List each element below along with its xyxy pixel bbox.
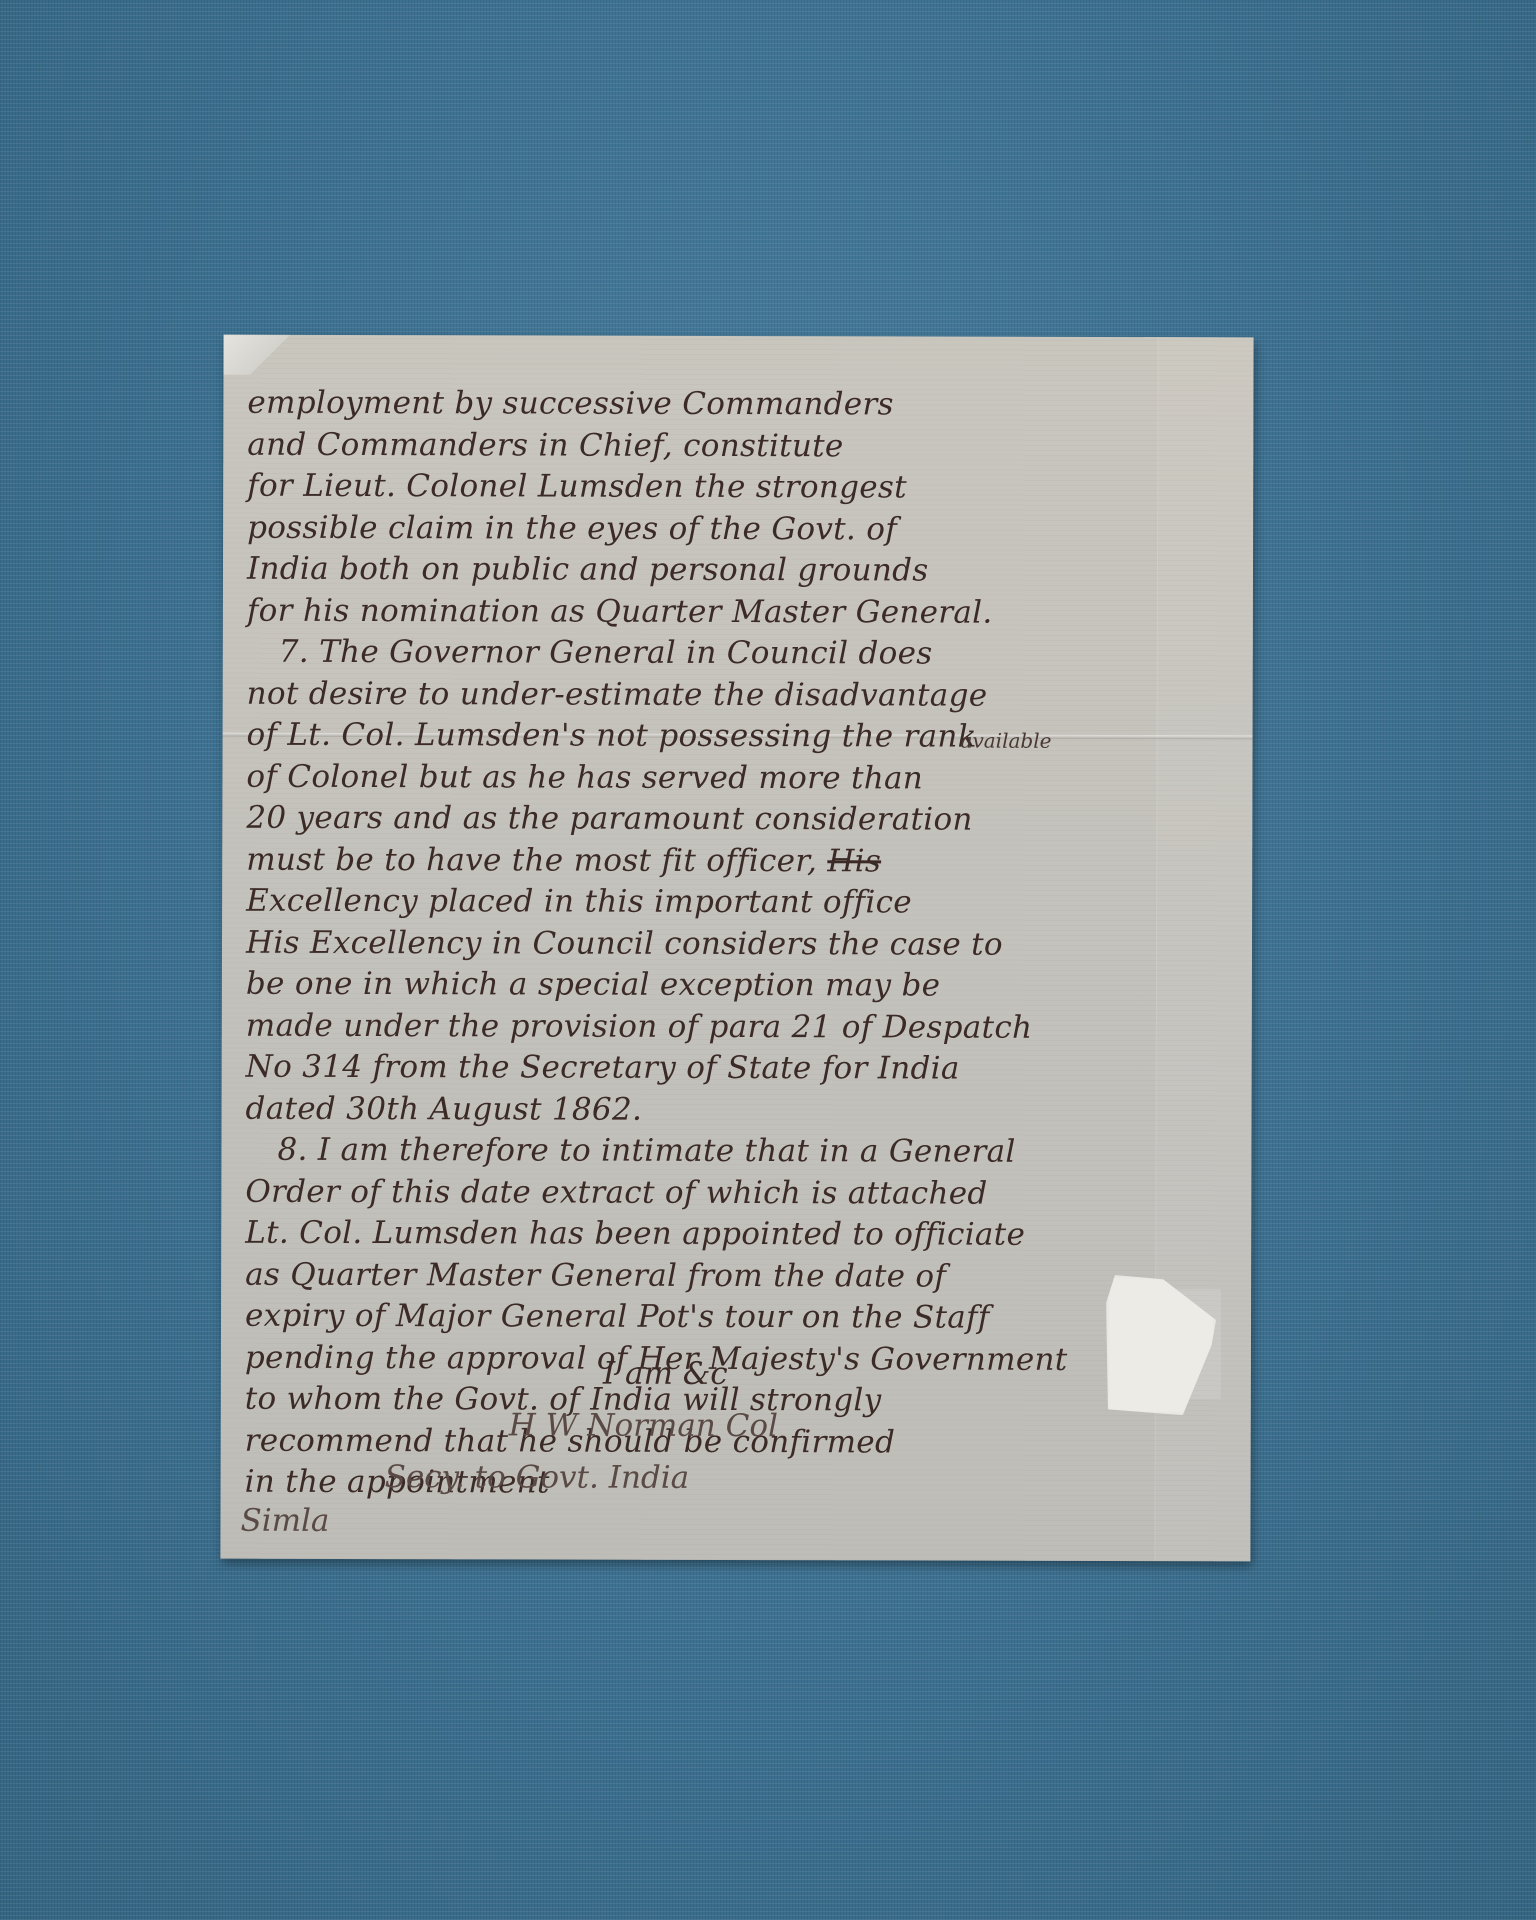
text-line: for his nomination as Quarter Master Gen… <box>247 590 1147 634</box>
inserted-word-available: available <box>961 729 1052 753</box>
text-line: possible claim in the eyes of the Govt. … <box>247 507 1147 551</box>
text-line: No 314 from the Secretary of State for I… <box>246 1047 1146 1091</box>
text-line: of Colonel but as he has served more tha… <box>246 756 1146 800</box>
text-line: employment by successive Commanders <box>247 383 1147 427</box>
place: Simla <box>240 1503 329 1539</box>
text-line: India both on public and personal ground… <box>247 549 1147 593</box>
text-line: dated 30th August 1862. <box>246 1088 1146 1132</box>
text-line: be one in which a special exception may … <box>246 964 1146 1008</box>
text-line: Excellency placed in this important offi… <box>246 881 1146 925</box>
text-line: made under the provision of para 21 of D… <box>246 1005 1146 1049</box>
date: May 12th 1868 <box>252 1557 490 1562</box>
letter-sheet: employment by successive Commanders and … <box>220 335 1253 1562</box>
text-line: expiry of Major General Pot's tour on th… <box>245 1296 1145 1340</box>
text-line: in the appointment <box>245 1462 1145 1506</box>
text-line: not desire to under-estimate the disadva… <box>247 673 1147 717</box>
text-line: Lt. Col. Lumsden has been appointed to o… <box>245 1213 1145 1257</box>
paragraph-8-start: 8. I am therefore to intimate that in a … <box>245 1130 1145 1174</box>
closing-salutation: I am &c <box>603 1356 728 1392</box>
letter-body: employment by successive Commanders and … <box>245 383 1148 1506</box>
folded-corner <box>223 335 293 375</box>
text-line: as Quarter Master General from the date … <box>245 1254 1145 1298</box>
text-line: His Excellency in Council considers the … <box>246 922 1146 966</box>
paragraph-7-start: 7. The Governor General in Council does <box>247 632 1147 676</box>
text-line: and Commanders in Chief, constitute <box>247 424 1147 468</box>
text-line: Order of this date extract of which is a… <box>245 1171 1145 1215</box>
signatory-title: Secy. to Govt. India <box>385 1459 690 1496</box>
signature: H W Norman Col <box>509 1407 778 1444</box>
struck-word: His <box>827 843 881 879</box>
text-line: must be to have the most fit officer, Hi… <box>246 839 1146 883</box>
text-line: 20 years and as the paramount considerat… <box>246 798 1146 842</box>
text-segment: must be to have the most fit officer, <box>246 841 817 878</box>
text-line: for Lieut. Colonel Lumsden the strongest <box>247 466 1147 510</box>
